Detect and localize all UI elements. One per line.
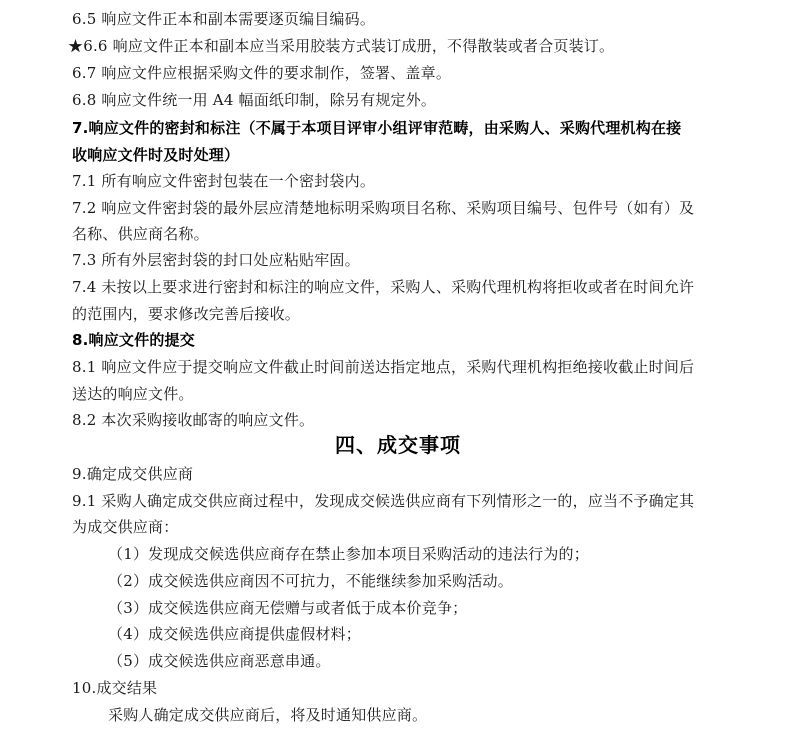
condition-2: （2）成交候选供应商因不可抗力，不能继续参加采购活动。	[108, 571, 513, 591]
section-10-body: 采购人确定成交供应商后，将及时通知供应商。	[108, 705, 427, 725]
clause-7-4: 7.4 未按以上要求进行密封和标注的响应文件，采购人、采购代理机构将拒收或者在时…	[72, 277, 694, 297]
clause-8-1: 8.1 响应文件应于提交响应文件截止时间前送达指定地点，采购代理机构拒绝接收截止…	[72, 357, 694, 377]
clause-7-2: 7.2 响应文件密封袋的最外层应清楚地标明采购项目名称、采购项目编号、包件号（如…	[72, 198, 694, 218]
condition-5: （5）成交候选供应商恶意串通。	[108, 651, 331, 671]
chapter-4-heading: 四、成交事项	[0, 431, 796, 459]
clause-7-1: 7.1 所有响应文件密封包装在一个密封袋内。	[72, 171, 375, 191]
condition-4: （4）成交候选供应商提供虚假材料；	[108, 624, 361, 644]
section-10-title: 10.成交结果	[72, 678, 157, 698]
clause-6-7: 6.7 响应文件应根据采购文件的要求制作，签署、盖章。	[72, 63, 451, 83]
section-8-title: 8.响应文件的提交	[72, 330, 195, 350]
clause-8-1-cont: 送达的响应文件。	[72, 384, 194, 404]
section-7-title: 7.响应文件的密封和标注（不属于本项目评审小组评审范畴，由采购人、采购代理机构在…	[72, 118, 681, 138]
clause-7-2-cont: 名称、供应商名称。	[72, 224, 209, 244]
condition-3: （3）成交候选供应商无偿赠与或者低于成本价竞争；	[108, 598, 467, 618]
clause-7-4-cont: 的范围内，要求修改完善后接收。	[72, 304, 300, 324]
clause-6-6-starred: ★6.6 响应文件正本和副本应当采用胶装方式装订成册，不得散装或者合页装订。	[68, 36, 614, 56]
clause-6-5: 6.5 响应文件正本和副本需要逐页编目编码。	[72, 9, 375, 29]
clause-9-1: 9.1 采购人确定成交供应商过程中，发现成交候选供应商有下列情形之一的，应当不予…	[72, 491, 694, 511]
document-page: 6.5 响应文件正本和副本需要逐页编目编码。 ★6.6 响应文件正本和副本应当采…	[0, 0, 796, 735]
clause-6-8: 6.8 响应文件统一用 A4 幅面纸印制，除另有规定外。	[72, 90, 436, 110]
clause-8-2: 8.2 本次采购接收邮寄的响应文件。	[72, 410, 314, 430]
section-9-title: 9.确定成交供应商	[72, 464, 193, 484]
clause-9-1-cont: 为成交供应商：	[72, 517, 178, 537]
clause-7-3: 7.3 所有外层密封袋的封口处应粘贴牢固。	[72, 250, 360, 270]
section-7-title-cont: 收响应文件时及时处理）	[72, 145, 239, 165]
condition-1: （1）发现成交候选供应商存在禁止参加本项目采购活动的违法行为的；	[108, 544, 589, 564]
